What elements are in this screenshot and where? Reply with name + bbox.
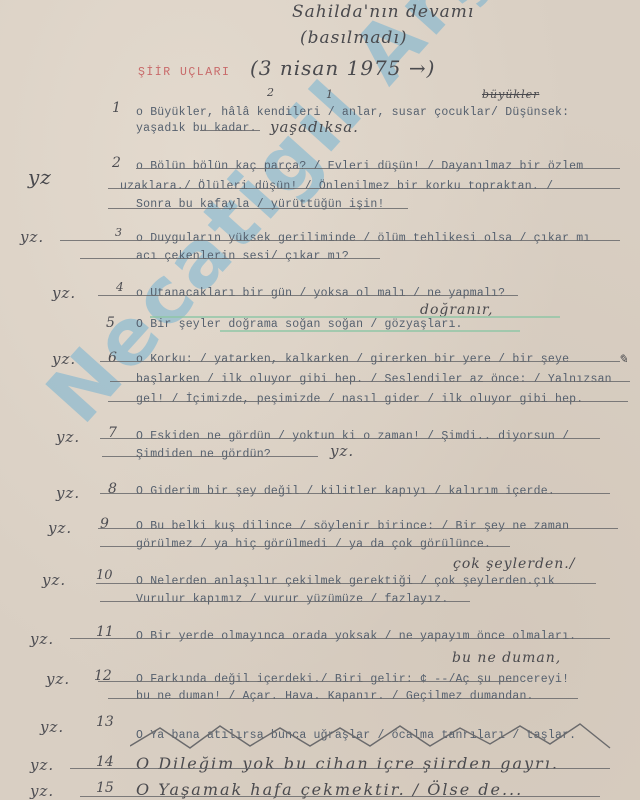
strike-line: [136, 168, 620, 169]
margin-yz-mark: yz.: [52, 284, 76, 302]
poem-line: Vurulur kapımız / vurur yüzümüze / fazla…: [136, 593, 448, 606]
strike-line: [98, 295, 518, 296]
item-number: 3: [115, 226, 122, 239]
item-number: 10: [96, 568, 113, 583]
margin-yz-mark: yz.: [330, 442, 354, 460]
poem-line: O Nelerden anlaşılır çekilmek gerektiği …: [136, 575, 555, 588]
strike-line: [200, 130, 260, 131]
insertion-note: yaşadıksa.: [270, 118, 359, 136]
poem-line: uzaklara./ Ölüleri düşün! / Önlenilmez b…: [120, 180, 553, 193]
poem-title: ŞİİR UÇLARI: [138, 66, 230, 79]
item-number: 4: [116, 280, 124, 294]
poem-line: acı çekenlerin sesi/ çıkar mı?: [136, 250, 349, 263]
poem-line: yaşadık bu kadar.: [136, 122, 257, 135]
header-note-date: (3 nisan 1975 →): [250, 56, 435, 80]
strike-line: [60, 240, 620, 241]
poem-line: gel! / İçimizde, peşimizde / nasıl gider…: [136, 393, 583, 406]
poem-line: görülmez / ya hiç görülmedi / ya da çok …: [136, 538, 491, 551]
strike-line: [70, 638, 610, 639]
poem-line: O Giderim bir şey değil / kilitler kapıy…: [136, 485, 555, 498]
poem-line: başlarken / ilk oluyor gibi hep. / Sesle…: [136, 373, 612, 386]
item-number: 5: [106, 315, 115, 331]
item-number: 8: [108, 481, 117, 497]
strike-line: [110, 381, 630, 382]
strike-line: [108, 698, 578, 699]
header-note-continuation: Sahilda'nın devamı: [292, 2, 474, 22]
reorder-mark: 2: [267, 86, 275, 99]
margin-yz-mark: yz.: [42, 571, 66, 589]
item-number: 1: [112, 100, 121, 116]
strike-line: [80, 796, 600, 797]
strike-line: [100, 546, 510, 547]
margin-yz-mark: yz.: [30, 756, 54, 774]
insertion-note: çok şeylerden./: [453, 556, 575, 572]
strike-line: [102, 456, 318, 457]
poem-line: o Duyguların yüksek geriliminde / ölüm t…: [136, 232, 590, 245]
margin-yz-mark: yz.: [30, 782, 54, 800]
insertion-note: büyükler: [482, 88, 539, 101]
margin-yz-mark: yz.: [52, 350, 76, 368]
strike-line: [100, 438, 600, 439]
insertion-note: bu ne duman,: [452, 650, 561, 666]
poem-line: o Utanacakları bir gün / yoksa ol malı /…: [136, 287, 505, 300]
poem-line: Sonra bu kafayla / yürüttüğün işin!: [136, 198, 385, 211]
strike-line: [100, 493, 610, 494]
strike-line: [100, 601, 470, 602]
poem-line: O Bir yerde olmayınca orada yoksak / ne …: [136, 630, 576, 643]
strike-line: [96, 583, 596, 584]
item-number: 6: [108, 350, 117, 366]
item-number: 2: [112, 155, 121, 171]
strike-line: [98, 528, 618, 529]
item-number: 15: [96, 780, 114, 796]
poem-line: bu ne duman! / Açar. Hava. Kapanır. / Ge…: [136, 690, 534, 703]
poem-line: O Farkında değil içerdeki./ Biri gelir: …: [136, 673, 569, 686]
margin-yz-mark: yz.: [48, 519, 72, 537]
strike-line: [70, 768, 610, 769]
poem-line: Şimdiden ne gördün?: [136, 448, 271, 461]
wavy-deletion-mark: [130, 716, 630, 756]
margin-yz-mark: yz.: [40, 718, 64, 736]
margin-scribble: yz: [28, 165, 52, 189]
poem-line: o Korku: / yatarken, kalkarken / girerke…: [136, 353, 569, 366]
highlight-line: [220, 330, 520, 332]
strike-line: [108, 401, 628, 402]
manuscript-page: Necatigil Arşivi Sahilda'nın devamı (bas…: [0, 0, 640, 800]
margin-mark-icon: ✎: [618, 352, 629, 366]
margin-yz-mark: yz.: [56, 484, 80, 502]
margin-yz-mark: yz.: [56, 428, 80, 446]
strike-line: [98, 681, 518, 682]
strike-line: [108, 208, 408, 209]
reorder-mark: 1: [326, 88, 334, 101]
item-number: 13: [96, 714, 114, 730]
strike-line: [108, 188, 620, 189]
margin-yz-mark: yz.: [46, 670, 70, 688]
header-note-unpublished: (basılmadı): [300, 28, 407, 48]
poem-line-handwritten: O Dileğim yok bu cihan içre şiirden gayr…: [136, 754, 559, 773]
strike-line: [100, 361, 620, 362]
margin-yz-mark: yz.: [20, 228, 44, 246]
item-number: 9: [100, 516, 109, 532]
poem-line: o Bölün bölün kaç parça? / Evleri düşün!…: [136, 160, 583, 173]
margin-yz-mark: yz.: [30, 630, 54, 648]
poem-line: O Bu belki kuş dilince / söylenir birinc…: [136, 520, 569, 533]
highlight-line: [150, 316, 560, 318]
strike-line: [80, 258, 380, 259]
